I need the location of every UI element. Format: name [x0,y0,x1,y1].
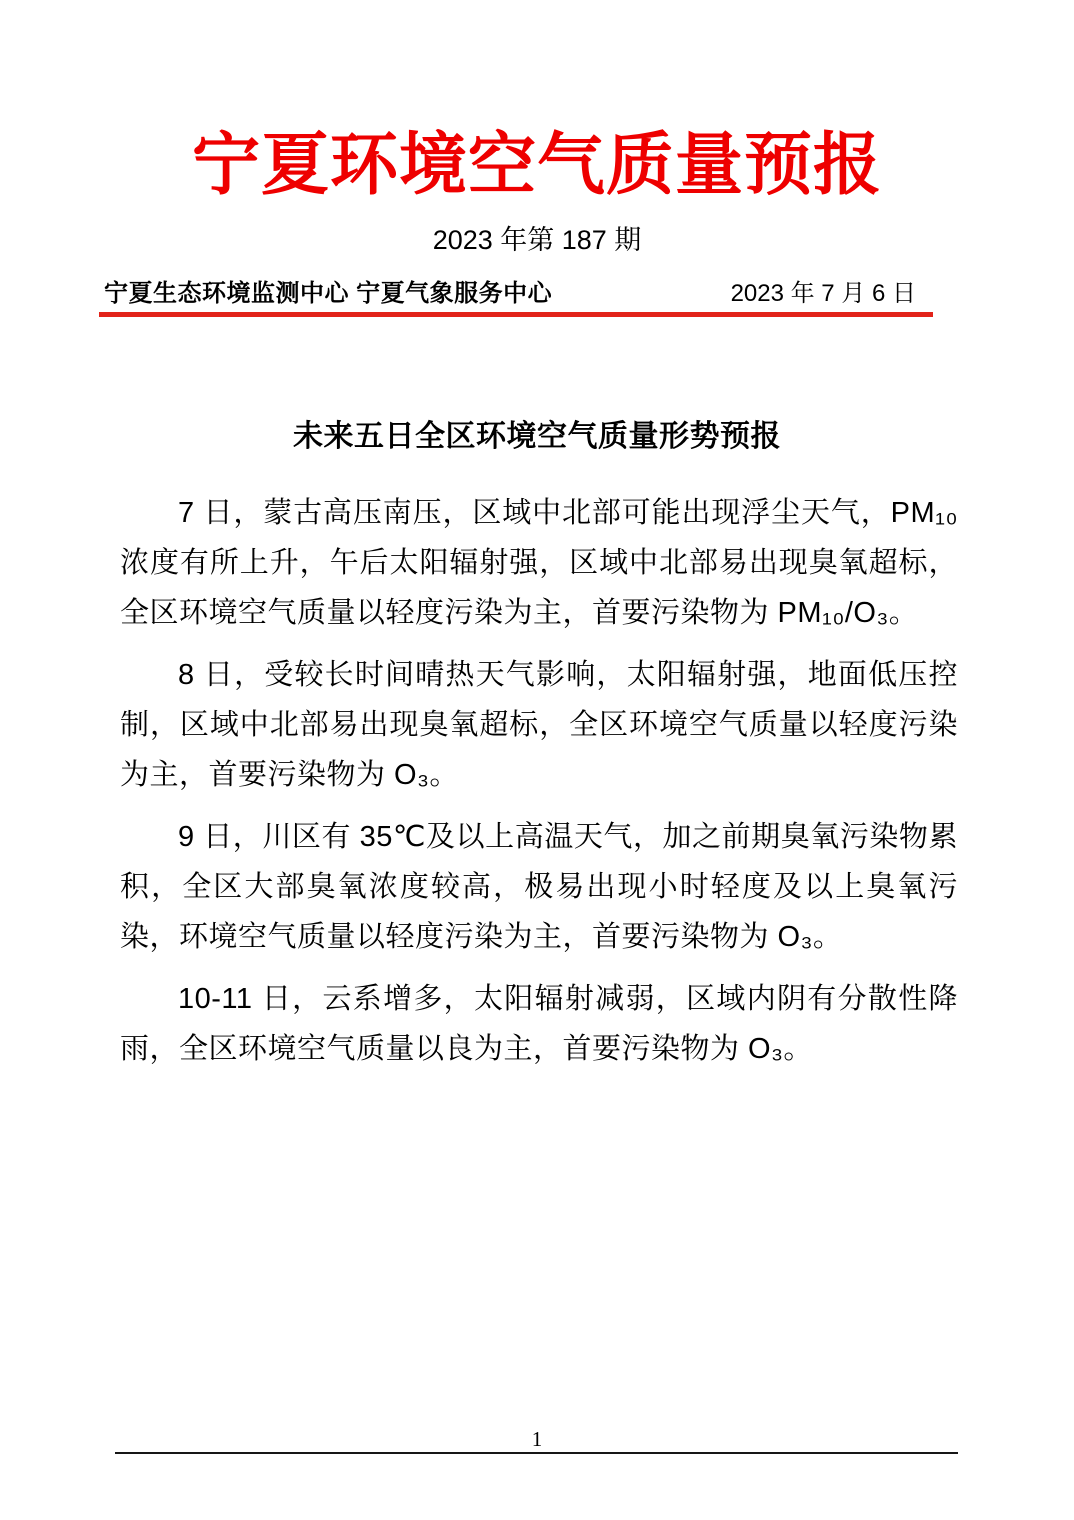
forecast-paragraph-day10-11: 10-11 日，云系增多，太阳辐射减弱，区域内阴有分散性降雨，全区环境空气质量以… [120,974,958,1074]
forecast-paragraph-day7: 7 日，蒙古高压南压，区域中北部可能出现浮尘天气，PM₁₀ 浓度有所上升，午后太… [120,488,958,638]
section-heading: 未来五日全区环境空气质量形势预报 [0,420,1074,454]
page-number: 1 [0,1426,1074,1452]
forecast-body: 7 日，蒙古高压南压，区域中北部可能出现浮尘天气，PM₁₀ 浓度有所上升，午后太… [120,488,958,1074]
document-title: 宁夏环境空气质量预报 [0,128,1074,203]
forecast-paragraph-day8: 8 日，受较长时间晴热天气影响，太阳辐射强，地面低压控制，区域中北部易出现臭氧超… [120,650,958,800]
publisher-names: 宁夏生态环境监测中心 宁夏气象服务中心 [104,278,552,310]
red-divider-rule [99,312,933,317]
document-page: 宁夏环境空气质量预报 2023 年第 187 期 宁夏生态环境监测中心 宁夏气象… [0,0,1074,1520]
publish-date: 2023 年 7 月 6 日 [731,278,916,310]
masthead-info-row: 宁夏生态环境监测中心 宁夏气象服务中心 2023 年 7 月 6 日 [104,278,916,310]
footer-divider-rule [115,1452,958,1454]
forecast-paragraph-day9: 9 日，川区有 35℃及以上高温天气，加之前期臭氧污染物累积，全区大部臭氧浓度较… [120,812,958,962]
issue-number: 2023 年第 187 期 [0,224,1074,256]
